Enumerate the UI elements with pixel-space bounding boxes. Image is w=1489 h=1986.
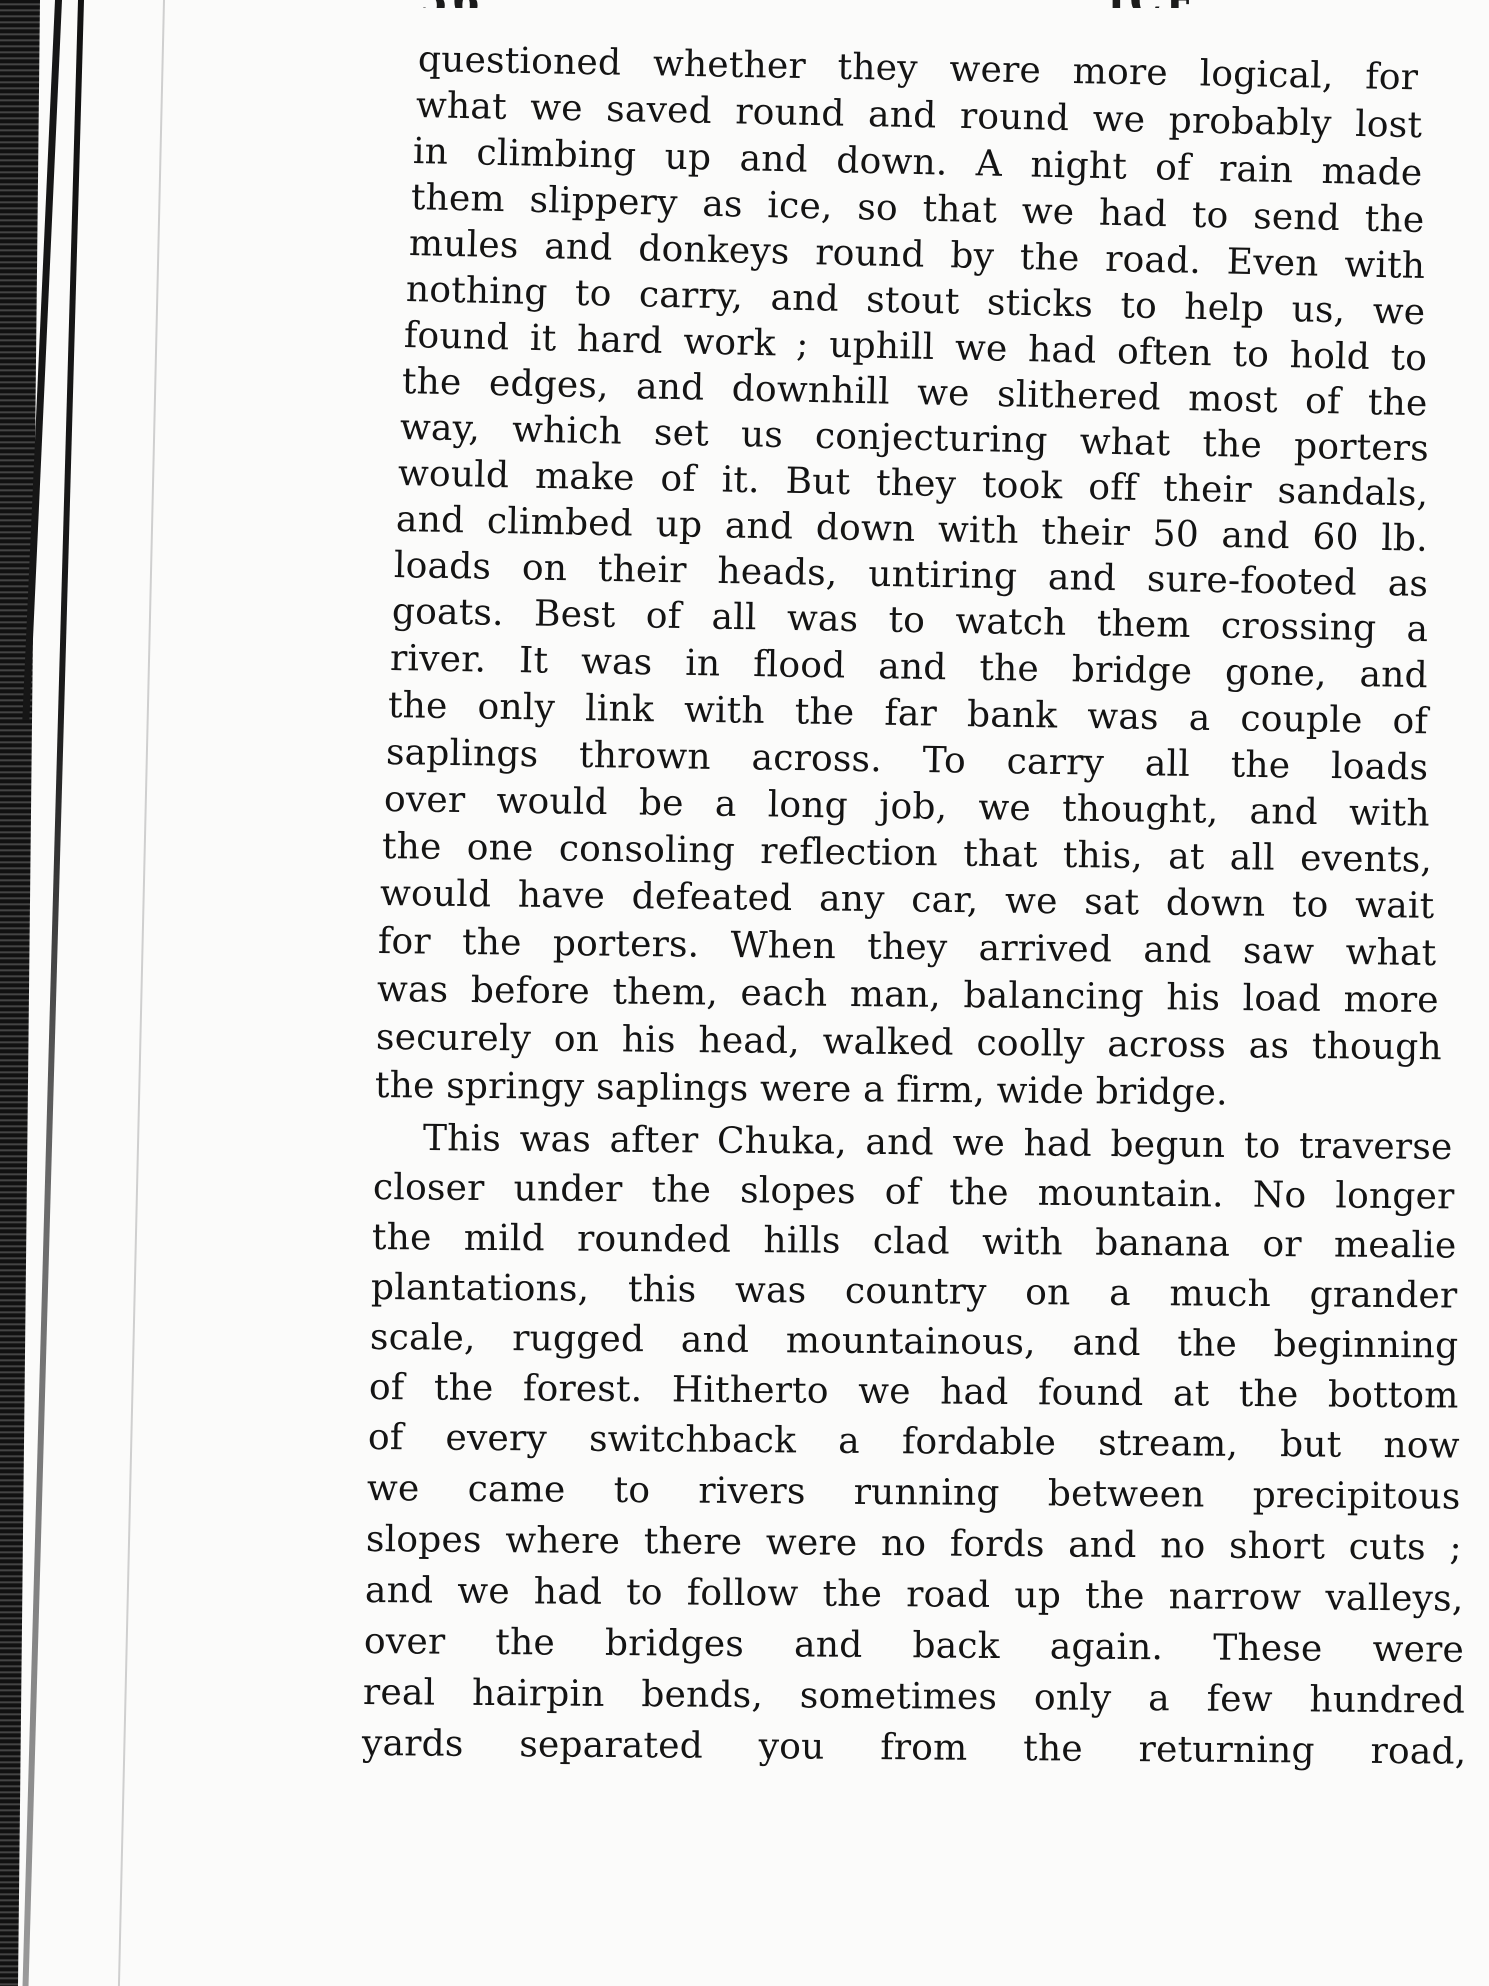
text-line: plantations, this was country on a much … [371,1266,1458,1319]
text-line: for the porters. When they arrived and s… [378,920,1437,976]
text-line: of the forest. Hitherto we had found at … [369,1366,1459,1419]
text-line: real hairpin bends, sometimes only a few… [363,1671,1465,1724]
text-line: slopes where there were no fords and no … [366,1518,1462,1571]
body-text: questioned whether they were more logica… [0,0,1489,1986]
text-line: and we had to follow the road up the nar… [365,1569,1464,1622]
text-line: scale, rugged and mountainous, and the b… [370,1316,1459,1369]
text-line: This was after Chuka, and we had begun t… [423,1117,1453,1170]
text-line: of every switchback a fordable stream, b… [368,1416,1460,1469]
text-line: the mild rounded hills clad with banana … [372,1216,1457,1269]
text-line: securely on his head, walked coolly acro… [376,1016,1442,1070]
text-line: we came to rivers running between precip… [367,1467,1461,1520]
text-line: over the bridges and back again. These w… [364,1620,1464,1673]
text-line: yards separated you from the returning r… [362,1722,1467,1775]
book-page: 56 ...ICE questioned whether they were m… [0,0,1489,1986]
text-line: closer under the slopes of the mountain.… [373,1166,1455,1219]
text-line: was before them, each man, balancing his… [377,968,1439,1023]
